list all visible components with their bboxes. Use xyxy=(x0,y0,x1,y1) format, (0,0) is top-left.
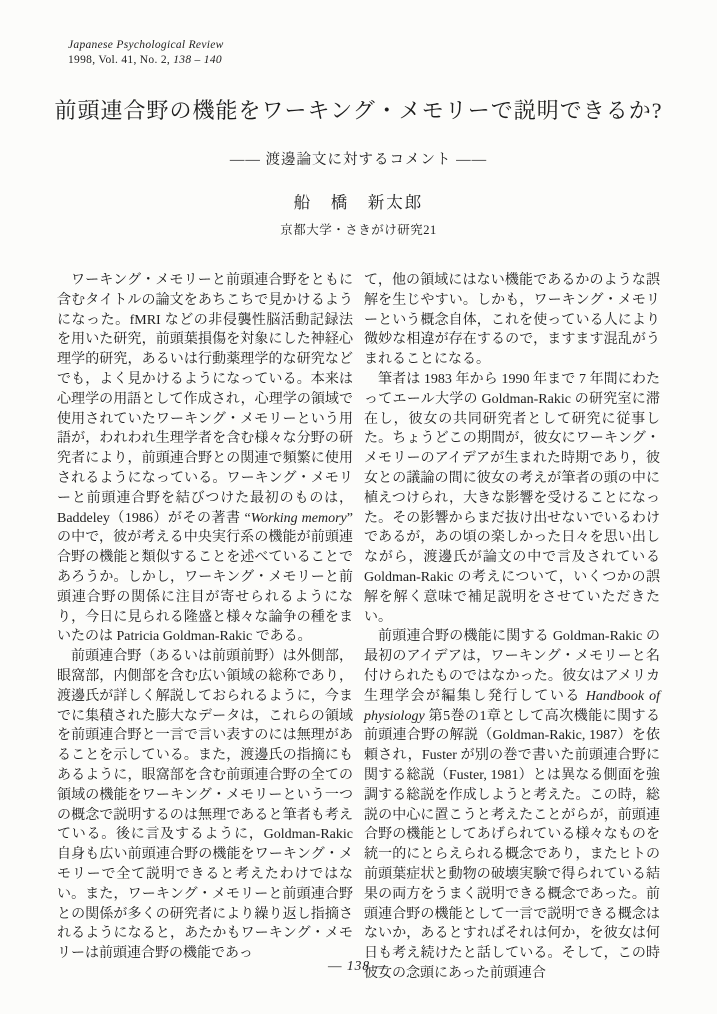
journal-issue: 1998, Vol. 41, No. 2, xyxy=(68,54,170,66)
italic-text-run: Working memory xyxy=(251,511,347,526)
text-run: 前頭連合野（あるいは前頭前野）は外側部，眼窩部，内側部を含む広い領域の総称であり… xyxy=(57,649,353,961)
paper-page: Japanese Psychological Review 1998, Vol.… xyxy=(0,0,717,1014)
paragraph: 前頭連合野の機能に関する Goldman-Rakic の最初のアイデアは，ワーキ… xyxy=(364,627,660,983)
journal-header: Japanese Psychological Review 1998, Vol.… xyxy=(68,38,224,68)
journal-pages: 138 – 140 xyxy=(173,54,222,66)
text-run: 筆者は 1983 年から 1990 年まで 7 年間にわたってエール大学の Go… xyxy=(364,372,660,625)
article-body: ワーキング・メモリーと前頭連合野をともに含むタイトルの論文をあちこちで見かけるよ… xyxy=(57,271,660,984)
title-block: 前頭連合野の機能をワーキング・メモリーで説明できるか? ―― 渡邊論文に対するコ… xyxy=(0,96,717,238)
text-run: ” の中で，彼が考える中央実行系の機能が前頭連合野の機能と類似することを述べてい… xyxy=(57,511,353,645)
paragraph: ワーキング・メモリーと前頭連合野をともに含むタイトルの論文をあちこちで見かけるよ… xyxy=(57,271,353,647)
page-number: ― 138 ― xyxy=(0,958,717,974)
page-title: 前頭連合野の機能をワーキング・メモリーで説明できるか? xyxy=(0,96,717,126)
author-affiliation: 京都大学・さきがけ研究21 xyxy=(0,220,717,238)
paragraph: 前頭連合野（あるいは前頭前野）は外側部，眼窩部，内側部を含む広い領域の総称であり… xyxy=(57,647,353,964)
author-name: 船 橋 新太郎 xyxy=(0,189,717,213)
left-column: ワーキング・メモリーと前頭連合野をともに含むタイトルの論文をあちこちで見かけるよ… xyxy=(57,271,353,984)
paragraph: て，他の領域にはない機能であるかのような誤解を生じやすい。しかも，ワーキング・メ… xyxy=(364,271,660,370)
right-column: て，他の領域にはない機能であるかのような誤解を生じやすい。しかも，ワーキング・メ… xyxy=(364,271,660,984)
text-run: ワーキング・メモリーと前頭連合野をともに含むタイトルの論文をあちこちで見かけるよ… xyxy=(57,273,353,526)
journal-issue-line: 1998, Vol. 41, No. 2, 138 – 140 xyxy=(68,53,224,68)
paper-subtitle: ―― 渡邊論文に対するコメント ―― xyxy=(0,148,717,169)
text-run: 第5巻の1章として高次機能に関する前頭連合野の解説（Goldman-Rakic,… xyxy=(364,709,660,981)
text-run: て，他の領域にはない機能であるかのような誤解を生じやすい。しかも，ワーキング・メ… xyxy=(364,273,660,367)
journal-name: Japanese Psychological Review xyxy=(68,38,224,53)
paragraph: 筆者は 1983 年から 1990 年まで 7 年間にわたってエール大学の Go… xyxy=(364,370,660,627)
